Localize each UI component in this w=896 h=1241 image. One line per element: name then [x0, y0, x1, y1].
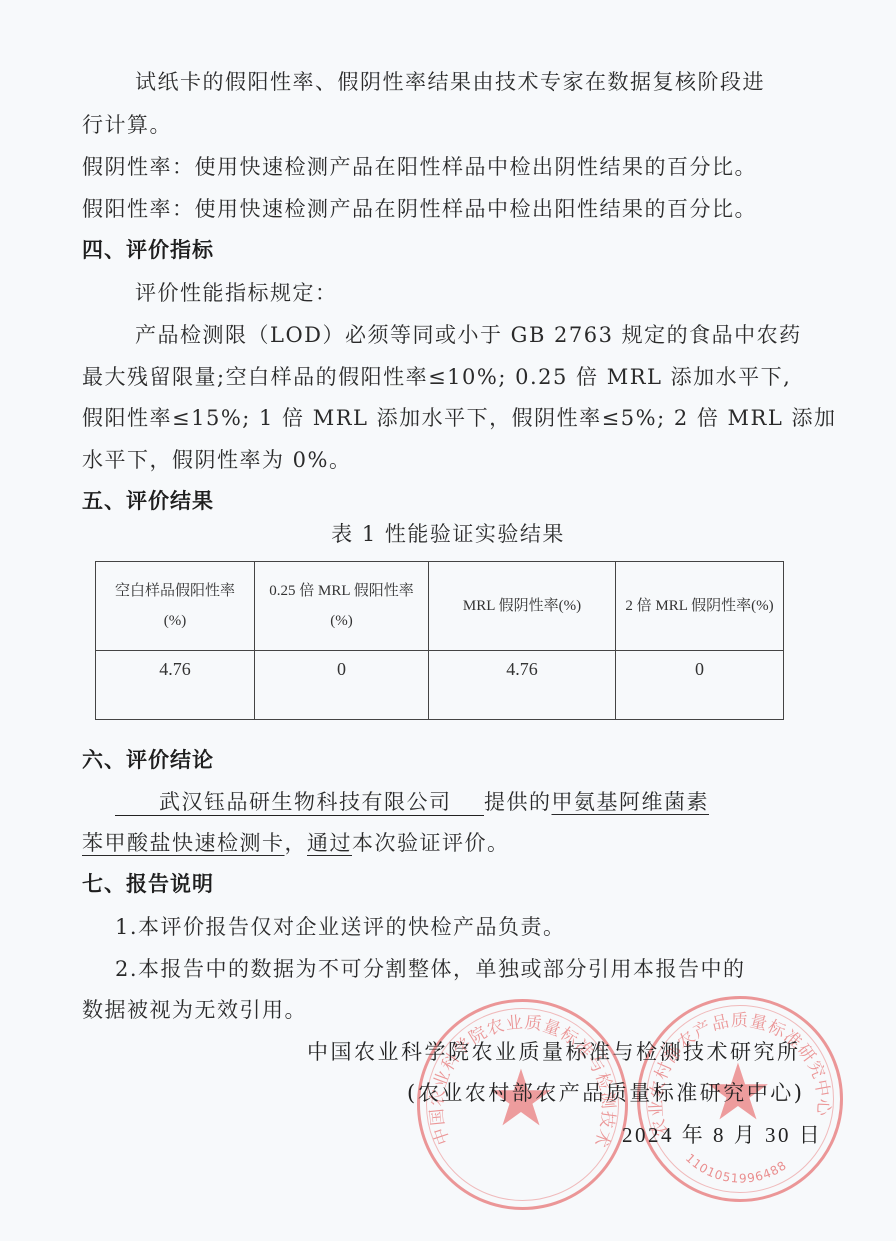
criteria-line: 水平下，假阴性率为 0%。	[82, 446, 352, 474]
table-cell: 4.76	[96, 651, 255, 720]
criteria-intro: 评价性能指标规定：	[135, 279, 338, 307]
conclusion-line-2: 苯甲酸盐快速检测卡，通过本次验证评价。	[82, 829, 510, 857]
result-status: 通过	[307, 831, 352, 855]
table-caption: 表 1 性能验证实验结果	[0, 520, 896, 548]
comma: ，	[285, 831, 308, 855]
issuing-center: (农业农村部农产品质量标准研究中心)	[407, 1079, 804, 1107]
table-header-cell: 2 倍 MRL 假阴性率(%)	[616, 562, 784, 651]
header-unit: (%)	[100, 606, 250, 636]
table-cell: 4.76	[429, 651, 616, 720]
stamp-text: 中国农业科学院农业质量标准与检测技术研究所	[420, 1002, 618, 1151]
header-label: MRL 假阴性率(%)	[433, 591, 611, 621]
product-name-part2: 苯甲酸盐快速检测卡	[82, 831, 285, 855]
table-header-cell: 空白样品假阳性率 (%)	[96, 562, 255, 651]
header-unit: (%)	[259, 606, 424, 636]
evaluation-note-line: 试纸卡的假阳性率、假阴性率结果由技术专家在数据复核阶段进	[135, 68, 765, 96]
report-note-1: 1.本评价报告仅对企业送评的快检产品负责。	[115, 913, 566, 941]
svg-text:农业农村部农产品质量标准研究中心: 农业农村部农产品质量标准研究中心	[647, 1011, 834, 1139]
table-cell: 0	[255, 651, 429, 720]
criteria-line: 假阳性率≤15%; 1 倍 MRL 添加水平下，假阴性率≤5%; 2 倍 MRL…	[82, 404, 836, 432]
header-label: 0.25 倍 MRL 假阳性率	[259, 576, 424, 606]
results-table: 空白样品假阳性率 (%) 0.25 倍 MRL 假阳性率 (%) MRL 假阴性…	[95, 561, 784, 720]
header-label: 2 倍 MRL 假阴性率(%)	[620, 591, 779, 621]
section-heading-evaluation-results: 五、评价结果	[82, 487, 214, 515]
evaluation-note-line: 行计算。	[82, 111, 172, 139]
criteria-line: 最大残留限量;空白样品的假阳性率≤10%; 0.25 倍 MRL 添加水平下,	[82, 363, 791, 391]
issuing-institute: 中国农业科学院农业质量标准与检测技术研究所	[307, 1038, 801, 1066]
stamp-text: 农业农村部农产品质量标准研究中心	[647, 1011, 834, 1139]
table-header-cell: MRL 假阴性率(%)	[429, 562, 616, 651]
table-header-cell: 0.25 倍 MRL 假阳性率 (%)	[255, 562, 429, 651]
section-heading-evaluation-criteria: 四、评价指标	[82, 236, 214, 264]
false-positive-definition: 假阳性率：使用快速检测产品在阴性样品中检出阳性结果的百分比。	[82, 195, 757, 223]
product-name-part1: 甲氨基阿维菌素	[552, 790, 710, 814]
section-heading-report-notes: 七、报告说明	[82, 870, 214, 898]
report-note-2-cont: 数据被视为无效引用。	[82, 996, 307, 1024]
false-negative-definition: 假阴性率：使用快速检测产品在阳性样品中检出阴性结果的百分比。	[82, 153, 757, 181]
section-heading-conclusion: 六、评价结论	[82, 746, 214, 774]
criteria-line: 产品检测限（LOD）必须等同或小于 GB 2763 规定的食品中农药	[135, 321, 802, 349]
conclusion-line-1: 武汉钰品研生物科技有限公司提供的甲氨基阿维菌素	[115, 788, 709, 816]
table-header-row: 空白样品假阳性率 (%) 0.25 倍 MRL 假阳性率 (%) MRL 假阴性…	[96, 562, 784, 651]
issue-date: 2024 年 8 月 30 日	[622, 1121, 822, 1149]
company-name: 武汉钰品研生物科技有限公司	[115, 789, 484, 816]
stamp-code: 1101051996488	[683, 1151, 790, 1186]
table-cell: 0	[616, 651, 784, 720]
result-tail: 本次验证评价。	[352, 831, 510, 855]
svg-text:中国农业科学院农业质量标准与检测技术研究所: 中国农业科学院农业质量标准与检测技术研究所	[420, 1002, 618, 1151]
report-note-2: 2.本报告中的数据为不可分割整体，单独或部分引用本报告中的	[115, 955, 746, 983]
header-label: 空白样品假阳性率	[100, 576, 250, 606]
provided-by-text: 提供的	[484, 790, 552, 814]
table-row: 4.76 0 4.76 0	[96, 651, 784, 720]
svg-text:1101051996488: 1101051996488	[683, 1151, 790, 1186]
